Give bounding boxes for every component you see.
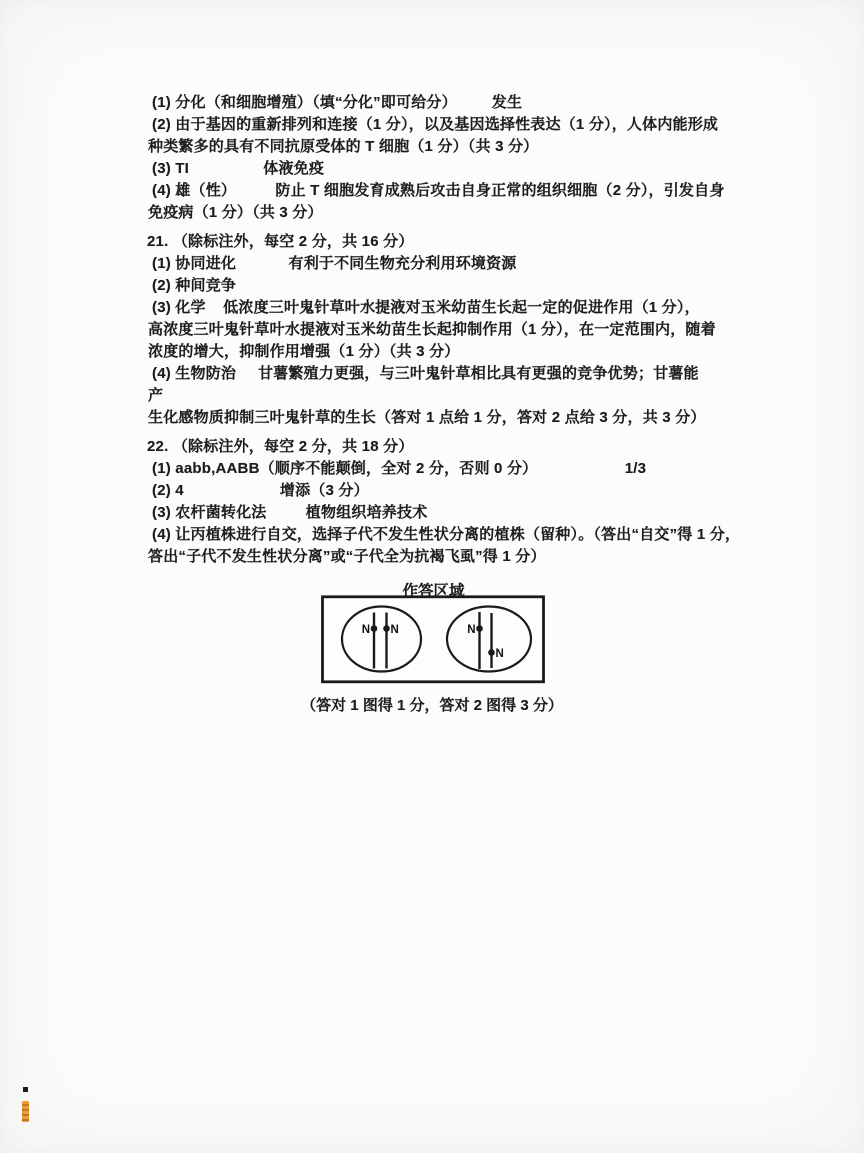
answers-text: (1) 分化（和细胞增殖）（填“分化”即可给分） 发生 (2) 由于基因的重新排… [147, 92, 757, 568]
watermark-orange-bar-icon [22, 1101, 29, 1122]
answer-box [323, 597, 544, 682]
right-cell-n-label-2: N [496, 648, 504, 660]
answer-line-21-4: (4) 生物防治 甘薯繁殖力更强，与三叶鬼针草相比具有更强的竞争优势；甘薯能 [147, 363, 757, 385]
answer-line-21-1: (1) 协同进化 有利于不同生物充分利用环境资源 [147, 253, 757, 275]
right-cell-centromere-2 [488, 649, 495, 656]
answer-line-21-4-cont2: 生化感物质抑制三叶鬼针草的生长（答对 1 点给 1 分，答对 2 点给 3 分，… [147, 407, 757, 429]
right-cell-centromere-1 [476, 625, 483, 632]
answer-line-22-1: (1) aabb,AABB（顺序不能颠倒，全对 2 分，否则 0 分） 1/3 [147, 458, 757, 480]
question-22-header: 22. （除标注外，每空 2 分，共 18 分） [147, 436, 757, 458]
answer-line-20-2-cont: 种类繁多的具有不同抗原受体的 T 细胞（1 分）（共 3 分） [147, 136, 757, 158]
right-cell-n-label-1: N [467, 624, 475, 636]
answer-line-22-4-cont: 答出“子代不发生性状分离”或“子代全为抗褐飞虱”得 1 分） [147, 546, 757, 568]
answer-line-21-3-cont1: 高浓度三叶鬼针草叶水提液对玉米幼苗生长起抑制作用（1 分），在一定范围内，随着 [147, 319, 757, 341]
answer-line-21-3-cont2: 浓度的增大，抑制作用增强（1 分）（共 3 分） [147, 341, 757, 363]
answer-line-20-3: (3) TI 体液免疫 [147, 158, 757, 180]
left-cell-centromere-2 [383, 625, 390, 632]
figure-scoring-caption: （答对 1 图得 1 分，答对 2 图得 3 分） [0, 694, 864, 715]
scanned-answer-page: (1) 分化（和细胞增殖）（填“分化”即可给分） 发生 (2) 由于基因的重新排… [0, 0, 864, 1153]
meiosis-cells-diagram: N N N N [318, 592, 549, 687]
answer-line-21-4-cont1: 产 [147, 385, 757, 407]
left-cell-centromere-1 [371, 625, 378, 632]
answer-line-22-2: (2) 4 增添（3 分） [147, 480, 757, 502]
answer-line-21-3: (3) 化学 低浓度三叶鬼针草叶水提液对玉米幼苗生长起一定的促进作用（1 分）， [147, 297, 757, 319]
answer-line-20-4-cont: 免疫病（1 分）（共 3 分） [147, 202, 757, 224]
answer-line-22-3: (3) 农杆菌转化法 植物组织培养技术 [147, 502, 757, 524]
answer-line-20-1: (1) 分化（和细胞增殖）（填“分化”即可给分） 发生 [147, 92, 757, 114]
answer-line-22-4: (4) 让丙植株进行自交，选择子代不发生性状分离的植株（留种）。（答出“自交”得… [147, 524, 757, 546]
watermark-dot-icon [23, 1087, 28, 1092]
answer-line-20-2: (2) 由于基因的重新排列和连接（1 分），以及基因选择性表达（1 分），人体内… [147, 114, 757, 136]
question-21-header: 21. （除标注外，每空 2 分，共 16 分） [147, 231, 757, 253]
left-cell-n-label-1: N [362, 624, 370, 636]
left-cell-n-label-2: N [391, 624, 399, 636]
answer-line-20-4: (4) 雄（性） 防止 T 细胞发育成熟后攻击自身正常的组织细胞（2 分），引发… [147, 180, 757, 202]
answer-line-21-2: (2) 种间竞争 [147, 275, 757, 297]
